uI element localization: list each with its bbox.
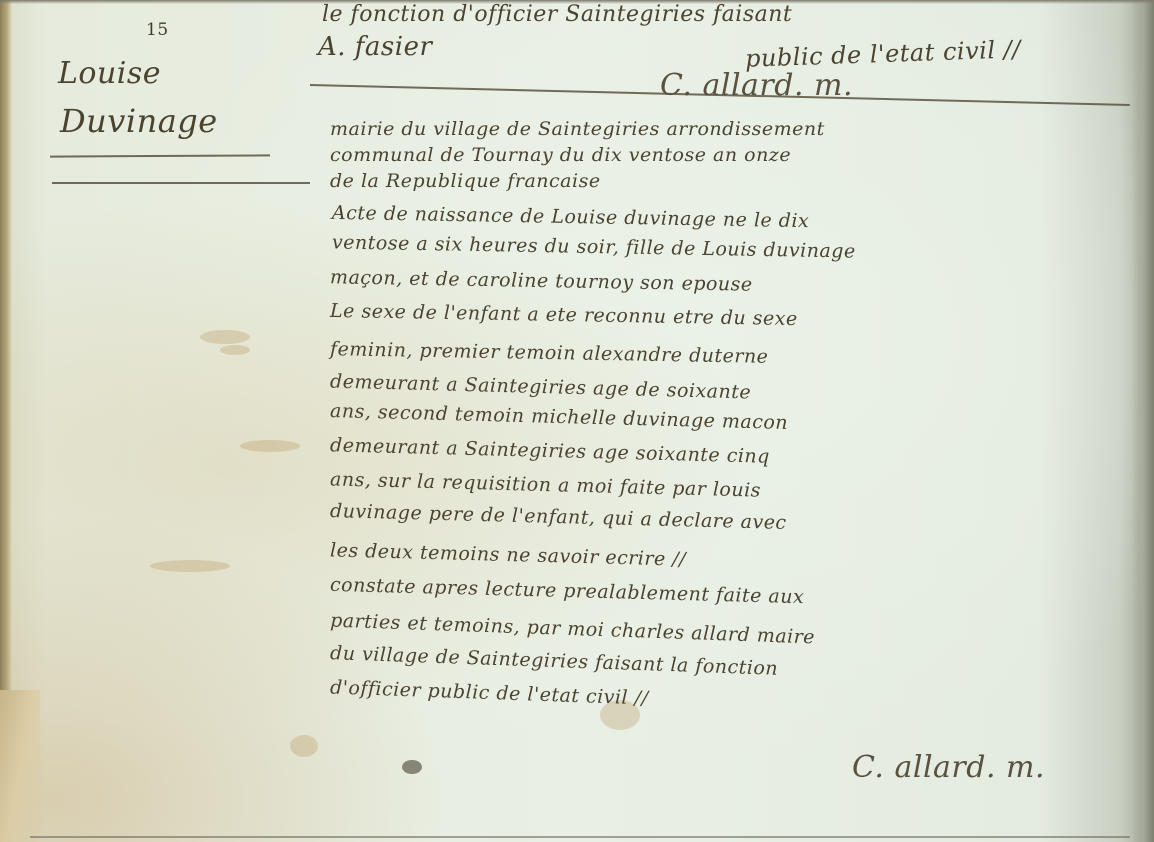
- body-line: Le sexe de l'enfant a ete reconnu etre d…: [330, 300, 798, 330]
- body-line: mairie du village de Saintegiries arrond…: [330, 118, 825, 140]
- previous-entry-line: le fonction d'officier Saintegiries fais…: [322, 2, 792, 27]
- body-line: ventose a six heures du soir, fille de L…: [332, 231, 856, 262]
- page-bottom-edge: [30, 836, 1130, 838]
- body-line: de la Republique francaise: [330, 170, 601, 192]
- margin-surname: Duvinage: [60, 102, 218, 140]
- body-line: demeurant a Saintegiries age de soixante: [330, 370, 752, 403]
- scanned-register-page: 15 Louise Duvinage le fonction d'officie…: [0, 0, 1154, 842]
- mayor-signature: C. allard. m.: [852, 750, 1045, 785]
- previous-entry-name: A. fasier: [318, 32, 432, 62]
- page-binding-right: [1132, 0, 1154, 842]
- stain: [290, 735, 318, 757]
- body-line: ans, sur la requisition a moi faite par …: [330, 468, 761, 501]
- body-line: demeurant a Saintegiries age soixante ci…: [330, 434, 770, 468]
- body-line: d'officier public de l'etat civil //: [330, 676, 649, 709]
- body-line: maçon, et de caroline tournoy son epouse: [330, 266, 753, 295]
- body-line: communal de Tournay du dix ventose an on…: [330, 144, 791, 166]
- stain: [200, 330, 250, 344]
- stain: [240, 440, 300, 452]
- body-line: parties et temoins, par moi charles alla…: [330, 610, 816, 649]
- margin-underline: [52, 182, 310, 184]
- margin-underline: [50, 154, 270, 157]
- stain: [220, 345, 250, 355]
- margin-given-name: Louise: [58, 56, 161, 91]
- stain: [402, 760, 422, 774]
- body-line: constate apres lecture prealablement fai…: [330, 574, 805, 608]
- body-line: ans, second temoin michelle duvinage mac…: [330, 400, 789, 434]
- body-line: du village de Saintegiries faisant la fo…: [330, 642, 779, 680]
- body-line: les deux temoins ne savoir ecrire //: [330, 539, 687, 570]
- body-line: feminin, premier temoin alexandre dutern…: [330, 338, 769, 368]
- entry-number: 15: [146, 20, 169, 40]
- stain: [150, 560, 230, 572]
- body-line: duvinage pere de l'enfant, qui a declare…: [330, 500, 787, 534]
- body-line: Acte de naissance de Louise duvinage ne …: [332, 202, 810, 232]
- folded-corner: [0, 690, 40, 842]
